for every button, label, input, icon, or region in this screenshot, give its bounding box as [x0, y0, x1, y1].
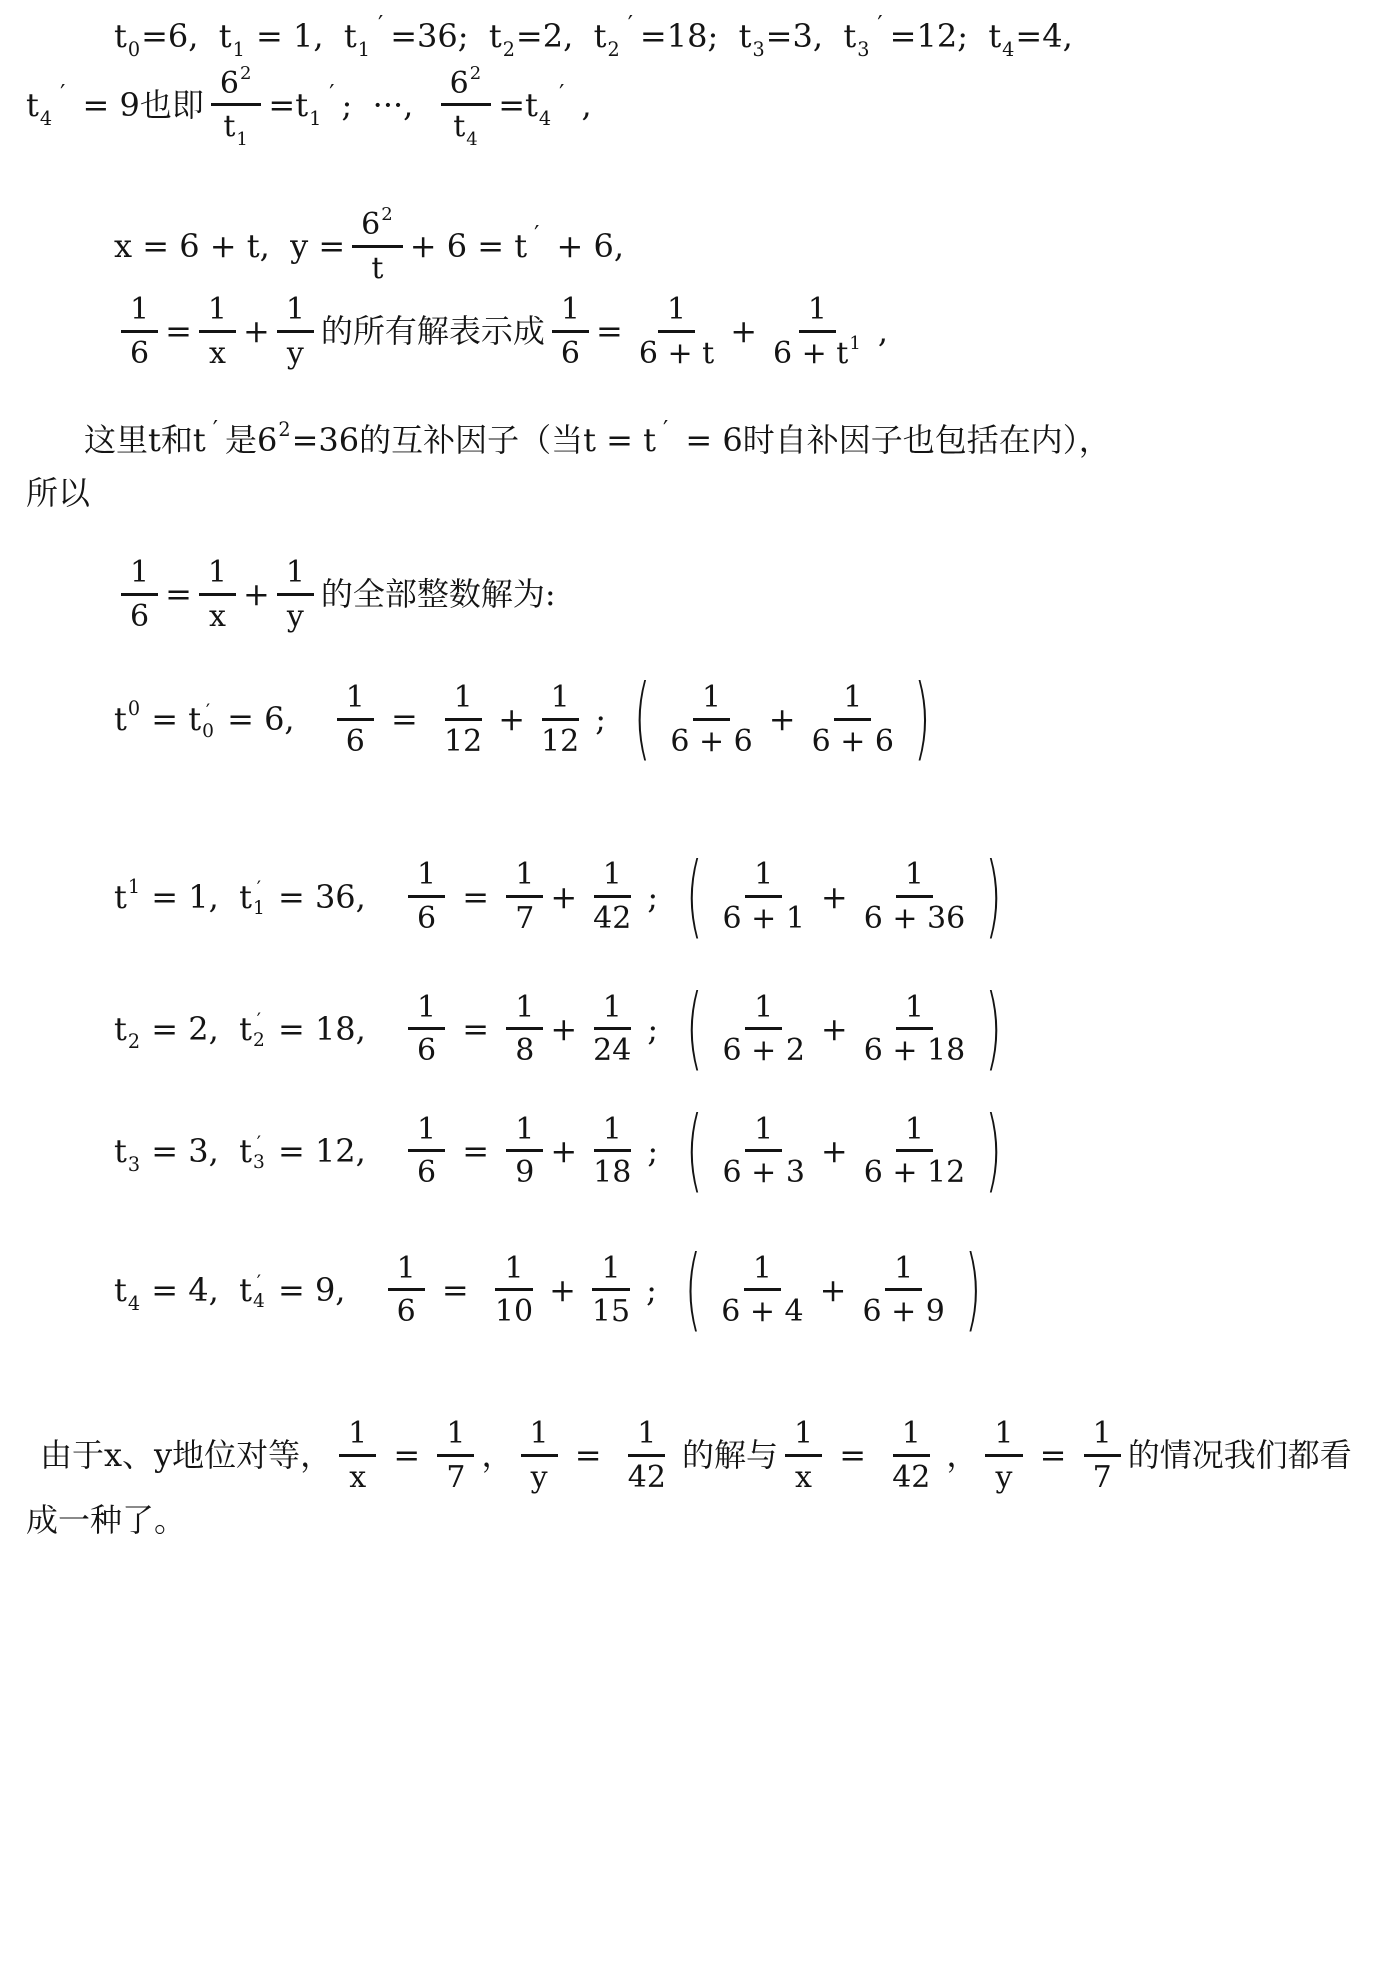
text-run: 是6	[225, 418, 277, 463]
text-run: 1	[446, 1417, 465, 1451]
text-run: 10	[495, 1295, 533, 1329]
text-run: 1	[794, 1417, 813, 1451]
text-run: t	[489, 14, 502, 59]
text-run: = 9,	[268, 1268, 346, 1313]
text-run: 1	[417, 991, 436, 1025]
text-run: y	[287, 337, 304, 371]
formula-integer-solutions: 16=1x+1y的全部整数解为:	[26, 556, 1370, 633]
fraction: 16 + 12	[855, 1113, 974, 1190]
fraction-denominator: 6 + 36	[855, 898, 974, 936]
text-run: 12	[541, 725, 579, 759]
fraction-numerator: 1	[408, 1113, 445, 1153]
fraction: 16 + 4	[712, 1252, 812, 1329]
fraction: 16 + 1	[714, 858, 814, 935]
text-run: 6 + 3	[723, 1156, 805, 1190]
fraction-numerator: 1	[552, 293, 589, 333]
text-run: 1	[348, 1417, 367, 1451]
subscript: 2	[128, 1029, 140, 1056]
fraction-numerator: 1	[408, 858, 445, 898]
text-run: 1	[454, 681, 473, 715]
fraction-denominator: 6 + 6	[661, 721, 761, 759]
solution-2: t2 = 2, t′2 = 18,16 = 18+124;(16 + 2+16 …	[26, 991, 1370, 1068]
text-run: t	[114, 697, 127, 742]
text-run: x	[795, 1461, 812, 1495]
text-run: t	[988, 14, 1001, 59]
fraction-denominator: 6 + 18	[855, 1030, 974, 1068]
text-run: =	[452, 1129, 499, 1174]
fraction-denominator: 6	[408, 1030, 445, 1068]
text-run: =	[565, 1433, 612, 1478]
superscript: 1	[128, 874, 140, 901]
text-run: = 9	[72, 83, 140, 128]
prime-mark: ′	[257, 1011, 261, 1030]
prime-mark: ′	[628, 9, 633, 41]
text-run: 1	[417, 1113, 436, 1147]
para-1-line-1: t0=6, t1 = 1, t1′=36; t2=2, t2′=18; t3=3…	[26, 14, 1370, 59]
text-run: 1	[637, 1417, 656, 1451]
text-run: ;	[647, 1007, 658, 1052]
fraction: 19	[506, 1113, 543, 1190]
text-run: 42	[593, 902, 631, 936]
document-content: t0=6, t1 = 1, t1′=36; t2=2, t2′=18; t3=3…	[26, 14, 1370, 1543]
fraction: 16	[337, 681, 374, 758]
text-run: 1	[905, 858, 924, 892]
text-run: 1	[561, 293, 580, 327]
text-run: = 6,	[217, 697, 295, 742]
fraction: 142	[883, 1417, 939, 1494]
fraction-numerator: 1	[745, 991, 782, 1031]
text-run: 1	[530, 1417, 549, 1451]
text-run: 1	[130, 293, 149, 327]
text-run: t	[239, 1007, 252, 1052]
fraction: 16 + 36	[855, 858, 974, 935]
text-run: y	[995, 1461, 1012, 1495]
text-run: t	[219, 14, 232, 59]
text-run: 1	[894, 1252, 913, 1286]
text-run: 6 + 4	[721, 1295, 803, 1329]
fraction-numerator: 62	[211, 67, 262, 107]
text-run: =	[452, 875, 499, 920]
text-run: +	[243, 309, 270, 354]
text-run: =	[596, 309, 623, 354]
text-run: 6 + 1	[723, 902, 805, 936]
subscript: 2	[253, 1031, 265, 1050]
prime-mark: ′	[257, 879, 261, 898]
text-run: 6	[346, 725, 365, 759]
fraction: 62t	[352, 208, 403, 285]
text-run: = 36,	[268, 875, 366, 920]
text-run: t	[453, 110, 465, 144]
text-run: +	[243, 572, 270, 617]
text-run: 由于x、y地位对等，	[40, 1433, 332, 1478]
fraction-numerator: 62	[352, 208, 403, 248]
fraction-numerator: 1	[594, 1113, 631, 1153]
text-run: ;	[595, 697, 606, 742]
text-run: 1	[130, 556, 149, 590]
text-run: ;	[647, 1129, 658, 1174]
text-run: x	[209, 337, 226, 371]
text-run: 1	[286, 293, 305, 327]
sub-sup-stack: ′2	[253, 1011, 265, 1050]
text-run: 1	[702, 681, 721, 715]
sub-sup-stack: ′4	[253, 1273, 265, 1312]
subscript: 3	[128, 1152, 140, 1179]
text-run: 6	[417, 902, 436, 936]
text-run: 42	[628, 1461, 666, 1495]
text-run: x	[349, 1461, 366, 1495]
text-run: t	[114, 875, 127, 920]
fraction: 16 + t	[630, 293, 723, 370]
subscript: 0	[202, 722, 214, 741]
fraction-denominator: 6	[121, 333, 158, 371]
subscript: 4	[128, 1291, 140, 1318]
fraction-denominator: 6 + 6	[803, 721, 903, 759]
superscript: 0	[128, 696, 140, 723]
fraction: 16 + 2	[714, 991, 814, 1068]
fraction: 18	[506, 991, 543, 1068]
text-run: 6	[561, 337, 580, 371]
text-run: ,	[878, 309, 888, 354]
text-run: =	[165, 309, 192, 354]
text-run: 1	[603, 991, 622, 1025]
text-run: = 4,	[141, 1268, 239, 1313]
fraction-numerator: 1	[785, 1417, 822, 1457]
fraction-denominator: 9	[506, 1152, 543, 1190]
fraction: 112	[532, 681, 588, 758]
fraction-numerator: 1	[495, 1252, 532, 1292]
prime-mark: ′	[559, 78, 564, 110]
text-run: t	[525, 83, 538, 128]
text-run: 1	[504, 1252, 523, 1286]
fraction-numerator: 1	[277, 556, 314, 596]
subscript: 1	[253, 899, 265, 918]
fraction-denominator: t1	[214, 106, 258, 144]
fraction: 16	[388, 1252, 425, 1329]
fraction-numerator: 1	[506, 991, 543, 1031]
text-run: 的全部整数解为:	[321, 572, 556, 617]
superscript: 2	[240, 64, 251, 84]
text-run: y	[287, 600, 304, 634]
solution-0: t0 = t′0 = 6,16 = 112+112;(16 + 6+16 + 6…	[26, 681, 1370, 758]
fraction-denominator: 6 + 12	[855, 1152, 974, 1190]
text-run: =4,	[1015, 14, 1072, 59]
fraction-denominator: x	[340, 1457, 375, 1495]
text-run: t	[223, 110, 235, 144]
left-paren: (	[685, 966, 703, 1092]
fraction: 1y	[277, 556, 314, 633]
text-run: x	[209, 600, 226, 634]
solution-4: t4 = 4, t′4 = 9,16 = 110+115;(16 + 4+16 …	[26, 1252, 1370, 1329]
fraction-denominator: 10	[486, 1291, 542, 1329]
subscript: 1	[309, 106, 321, 133]
text-run: 1	[603, 1113, 622, 1147]
fraction-denominator: x	[786, 1457, 821, 1495]
text-run: ,	[571, 83, 591, 128]
prime-mark: ′	[378, 9, 383, 41]
fraction-denominator: 24	[584, 1030, 640, 1068]
text-run: 1	[667, 293, 686, 327]
superscript: 2	[381, 205, 392, 225]
text-run: =18;	[640, 14, 739, 59]
text-run: t	[739, 14, 752, 59]
text-run: t	[114, 14, 127, 59]
text-run: t	[344, 14, 357, 59]
fraction-denominator: 18	[584, 1152, 640, 1190]
text-run: 1	[754, 858, 773, 892]
prime-mark: ′	[206, 702, 210, 721]
fraction: 62t1	[211, 67, 262, 144]
text-run: =6,	[141, 14, 219, 59]
text-run: 1	[346, 681, 365, 715]
subscript: 4	[466, 130, 477, 150]
fraction-numerator: 1	[339, 1417, 376, 1457]
text-run: 6 + t	[773, 337, 848, 371]
text-run: 1	[902, 1417, 921, 1451]
fraction: 16 + 6	[803, 681, 903, 758]
text-run: t	[26, 83, 39, 128]
text-run: +	[730, 309, 757, 354]
text-run: =3,	[766, 14, 844, 59]
text-run: 成一种了。	[26, 1498, 186, 1543]
paren-group: (16 + 2+16 + 18)	[682, 991, 1005, 1068]
text-run: +	[498, 697, 525, 742]
text-run: 1	[905, 991, 924, 1025]
superscript: 2	[278, 417, 290, 444]
text-run: 1	[808, 293, 827, 327]
fraction: 1x	[199, 556, 236, 633]
subscript: 2	[607, 37, 619, 64]
fraction: 16	[552, 293, 589, 370]
fraction-numerator: 1	[277, 293, 314, 333]
fraction-denominator: 42	[619, 1457, 675, 1495]
text-run: 也即	[140, 83, 204, 128]
fraction-numerator: 1	[592, 1252, 629, 1292]
text-run: 1	[208, 556, 227, 590]
text-run: 7	[446, 1461, 465, 1495]
fraction-denominator: 6	[337, 721, 374, 759]
text-run: 6 + 12	[864, 1156, 965, 1190]
fraction-numerator: 1	[885, 1252, 922, 1292]
fraction-denominator: 12	[532, 721, 588, 759]
text-run: 6 + t	[639, 337, 714, 371]
para-1-line-2: t4′ = 9也即62t1=t1′; ···, 62t4=t4′ ,	[26, 67, 1370, 144]
text-run: +	[821, 1129, 848, 1174]
fraction-numerator: 1	[745, 1113, 782, 1153]
fraction-numerator: 1	[744, 1252, 781, 1292]
fraction-numerator: 1	[388, 1252, 425, 1292]
text-run: 1	[515, 1113, 534, 1147]
subscript: 0	[128, 37, 140, 64]
prime-mark: ′	[257, 1273, 261, 1292]
fraction: 16 + 9	[853, 1252, 953, 1329]
right-paren: )	[913, 657, 931, 783]
text-run: t	[843, 14, 856, 59]
fraction: 16	[121, 556, 158, 633]
text-run: 6	[450, 67, 469, 101]
text-run: ;	[646, 1268, 657, 1313]
fraction-denominator: x	[200, 333, 235, 371]
text-run: t	[114, 1268, 127, 1313]
fraction-numerator: 1	[594, 858, 631, 898]
fraction-numerator: 62	[441, 67, 492, 107]
text-run: 1	[515, 991, 534, 1025]
text-run: 1	[1093, 1417, 1112, 1451]
text-run: =2,	[516, 14, 594, 59]
para-3-line-2: 成一种了。	[26, 1498, 1370, 1543]
text-run: t	[594, 14, 607, 59]
text-run: +	[820, 1268, 847, 1313]
text-run: + 6,	[546, 224, 624, 269]
fraction-numerator: 1	[799, 293, 836, 333]
subscript: 3	[752, 37, 764, 64]
text-run: = 2,	[141, 1007, 239, 1052]
fraction-denominator: y	[986, 1457, 1021, 1495]
para-2-line-2: 所以	[26, 471, 1370, 516]
text-run: 的解与	[682, 1433, 778, 1478]
text-run: +	[550, 875, 577, 920]
fraction: 112	[435, 681, 491, 758]
text-run: = 12,	[268, 1129, 366, 1174]
fraction-denominator: 6 + 2	[714, 1030, 814, 1068]
text-run: 6	[417, 1034, 436, 1068]
fraction-numerator: 1	[658, 293, 695, 333]
subscript: 2	[503, 37, 515, 64]
fraction-numerator: 1	[745, 858, 782, 898]
fraction-denominator: 7	[506, 898, 543, 936]
text-run: = 6时自补因子也包括在内），	[675, 418, 1111, 463]
formula-xy: x = 6 + t, y =62t+ 6 = t′ + 6,	[26, 208, 1370, 285]
fraction: 16	[408, 1113, 445, 1190]
text-run: =	[1030, 1433, 1077, 1478]
prime-mark: ′	[663, 414, 668, 446]
text-run: 15	[592, 1295, 630, 1329]
text-run: 6 + 9	[862, 1295, 944, 1329]
fraction-denominator: 6 + 9	[853, 1291, 953, 1329]
prime-mark: ′	[534, 219, 539, 251]
solution-3: t3 = 3, t′3 = 12,16 = 19+118;(16 + 3+16 …	[26, 1113, 1370, 1190]
text-run: 1	[905, 1113, 924, 1147]
text-run: =	[829, 1433, 876, 1478]
subscript: 4	[253, 1292, 265, 1311]
text-run: ···	[373, 83, 404, 128]
text-run: t	[114, 1129, 127, 1174]
fraction-denominator: 6 + 4	[712, 1291, 812, 1329]
fraction-denominator: 12	[435, 721, 491, 759]
text-run: 8	[515, 1034, 534, 1068]
fraction: 16	[121, 293, 158, 370]
subscript: 3	[253, 1153, 265, 1172]
fraction-denominator: 6 + 3	[714, 1152, 814, 1190]
superscript: 2	[470, 64, 481, 84]
text-run: 6	[130, 337, 149, 371]
prime-mark: ′	[213, 414, 218, 446]
text-run: t	[371, 252, 383, 286]
text-run: 1	[515, 858, 534, 892]
solution-1: t1 = 1, t′1 = 36,16 = 17+142;(16 + 1+16 …	[26, 858, 1370, 935]
text-run: t	[239, 1129, 252, 1174]
text-run: 42	[892, 1461, 930, 1495]
fraction-numerator: 1	[506, 1113, 543, 1153]
fraction-denominator: t4	[444, 106, 488, 144]
text-run: 18	[593, 1156, 631, 1190]
formula-all-solutions: 16=1x+1y的所有解表示成16=16 + t+16 + t1,	[26, 293, 1370, 370]
paren-group: (16 + 4+16 + 9)	[681, 1252, 985, 1329]
text-run: ;	[647, 875, 658, 920]
fraction-numerator: 1	[985, 1417, 1022, 1457]
fraction-numerator: 1	[199, 293, 236, 333]
text-run: = 1,	[141, 875, 239, 920]
sub-sup-stack: ′1	[253, 879, 265, 918]
paren-group: (16 + 1+16 + 36)	[682, 858, 1005, 935]
fraction-denominator: 6 + 1	[714, 898, 814, 936]
text-run: 1	[753, 1252, 772, 1286]
text-run: 的情况我们都看	[1128, 1433, 1352, 1478]
sub-sup-stack: ′3	[253, 1134, 265, 1173]
text-run: 6 + 6	[670, 725, 752, 759]
right-paren: )	[984, 966, 1002, 1092]
subscript: 1	[358, 37, 370, 64]
prime-mark: ′	[60, 78, 65, 110]
fraction-denominator: 7	[1084, 1457, 1121, 1495]
fraction-denominator: 6 + t1	[764, 333, 871, 371]
text-run: = 1,	[246, 14, 344, 59]
text-run: 6	[130, 600, 149, 634]
subscript: 3	[857, 37, 869, 64]
text-run: 6	[397, 1295, 416, 1329]
paren-group: (16 + 3+16 + 12)	[682, 1113, 1005, 1190]
text-run: 1	[417, 858, 436, 892]
fraction-numerator: 1	[199, 556, 236, 596]
fraction-denominator: 8	[506, 1030, 543, 1068]
fraction: 110	[486, 1252, 542, 1329]
text-run: ，	[946, 1433, 978, 1478]
text-run: = 3,	[141, 1129, 239, 1174]
text-run: 1	[994, 1417, 1013, 1451]
text-run: +	[821, 875, 848, 920]
fraction: 16 + 18	[855, 991, 974, 1068]
fraction: 1x	[785, 1417, 822, 1494]
prime-mark: ′	[257, 1134, 261, 1153]
text-run: 7	[1093, 1461, 1112, 1495]
text-run: t	[188, 697, 201, 742]
text-run: 1	[754, 991, 773, 1025]
fraction: 17	[437, 1417, 474, 1494]
left-paren: (	[685, 1088, 703, 1214]
para-3-line-1: 由于x、y地位对等，1x = 17，1y = 142的解与1x = 142，1y…	[26, 1417, 1370, 1494]
text-run: =	[165, 572, 192, 617]
text-run: 12	[444, 725, 482, 759]
left-paren: (	[685, 834, 703, 960]
text-run: =12;	[890, 14, 989, 59]
text-run: x = 6 + t, y =	[114, 224, 345, 269]
fraction-denominator: 6	[388, 1291, 425, 1329]
text-run: =36的互补因子（当t = t	[292, 418, 656, 463]
text-run: +	[550, 1129, 577, 1174]
fraction: 1x	[339, 1417, 376, 1494]
text-run: 这里t和t	[84, 418, 206, 463]
text-run: 1	[286, 556, 305, 590]
left-paren: (	[633, 657, 651, 783]
text-run: 6 + 6	[812, 725, 894, 759]
fraction-denominator: y	[278, 596, 313, 634]
text-run: 1	[397, 1252, 416, 1286]
fraction-numerator: 1	[628, 1417, 665, 1457]
fraction: 17	[506, 858, 543, 935]
text-run: +	[549, 1268, 576, 1313]
fraction: 1y	[521, 1417, 558, 1494]
right-paren: )	[964, 1227, 982, 1353]
fraction-numerator: 1	[121, 556, 158, 596]
